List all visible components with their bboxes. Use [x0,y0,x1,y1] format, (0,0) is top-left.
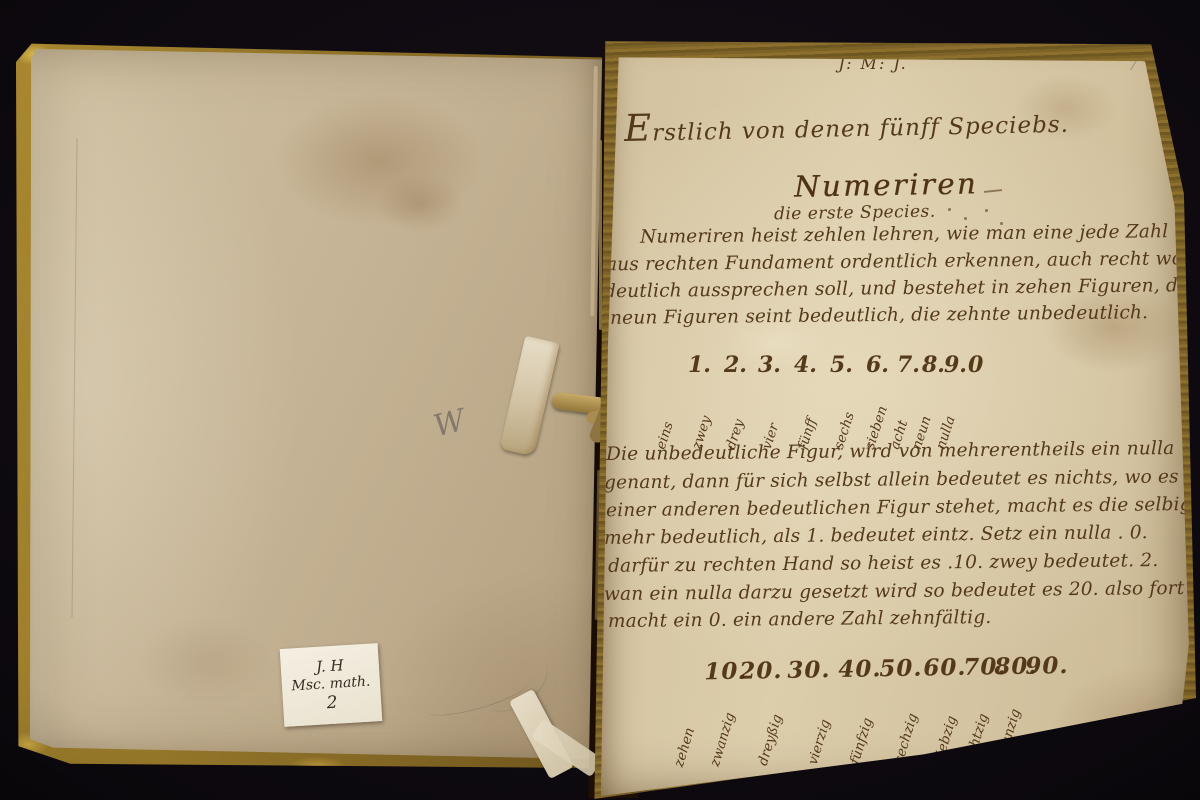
pencil-margin-line [71,138,77,618]
tens-word: achtzig [962,712,994,765]
tens-row: 10. 20. 30. 40. 50. 60. 70. 80. 90. zehe… [591,35,1196,800]
pencil-mark: W [430,403,468,444]
sticker-collection: Msc. math. [291,674,371,695]
tens-word: fünfzig [847,716,878,767]
tens-word: vierzig [805,718,836,768]
tens-figure: 50. [879,655,922,683]
tens-figure: 30. [787,656,830,684]
manuscript-photo: W J. H Msc. math. 2 7 J: M: J. Erstlich … [0,0,1200,800]
tens-word: siebzig [931,714,962,765]
manuscript-page: 7 J: M: J. Erstlich von denen fünff Spec… [598,40,1190,796]
tens-figure: 40. [838,655,881,683]
tens-figure: 60. [923,654,966,682]
tens-word: neunzig [993,707,1026,764]
sticker-number: 2 [326,693,338,714]
frayed-paper-edge [599,140,602,330]
tens-word: zwanzig [707,711,740,769]
tens-figure: 20. [739,657,782,685]
tens-word: zehen [671,726,700,770]
tens-word: sechzig [891,712,923,766]
shelfmark-sticker: J. H Msc. math. 2 [280,643,383,727]
sticker-initials: J. H [316,656,345,676]
tens-figure: 90. [1025,652,1068,680]
tens-word: dreyßig [755,713,788,769]
